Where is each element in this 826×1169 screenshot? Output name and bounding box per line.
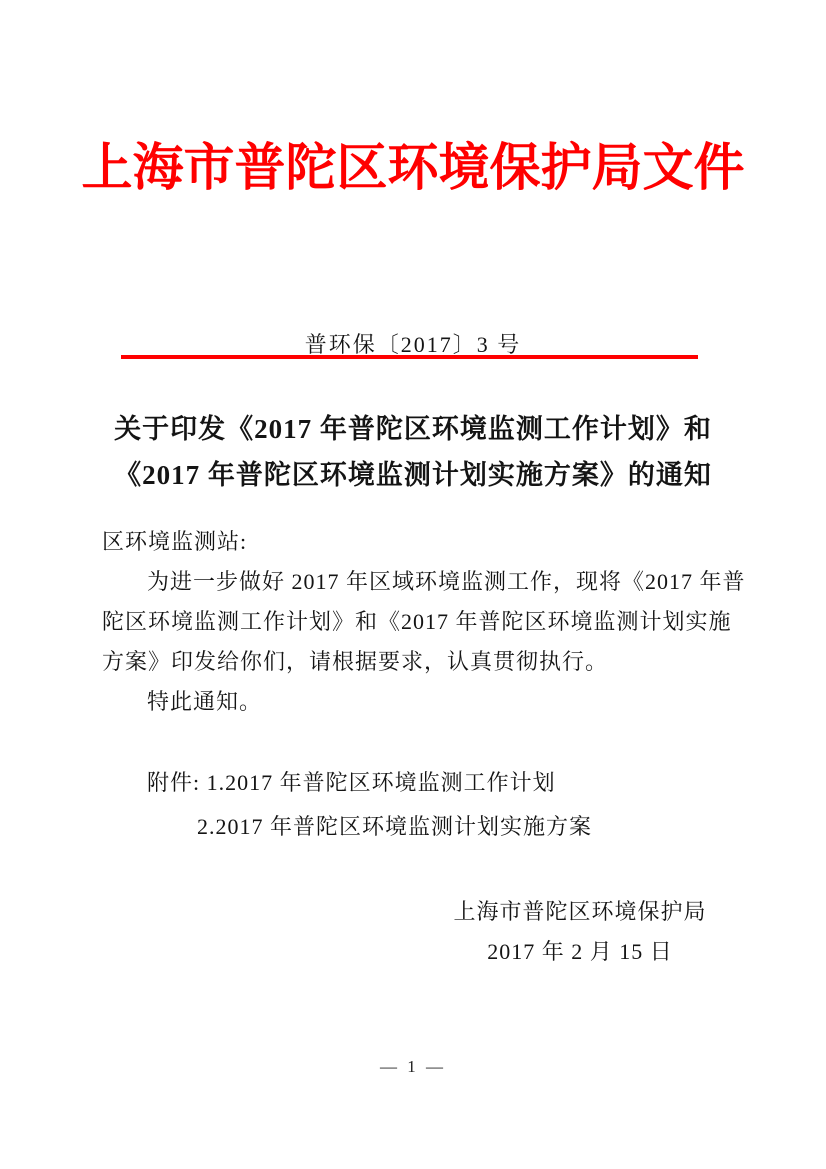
attachment-item-2: 2.2017 年普陀区环境监测计划实施方案 <box>102 805 592 849</box>
attachments-list: 附件: 1.2017 年普陀区环境监测工作计划 2.2017 年普陀区环境监测计… <box>102 761 592 849</box>
notice-title-line-2: 《2017 年普陀区环境监测计划实施方案》的通知 <box>0 452 826 498</box>
issuing-authority: 上海市普陀区环境保护局 <box>440 892 720 932</box>
official-document-page: 上海市普陀区环境保护局文件 普环保〔2017〕3 号 关于印发《2017 年普陀… <box>0 0 826 1169</box>
attachment-item-1: 附件: 1.2017 年普陀区环境监测工作计划 <box>102 761 592 805</box>
paragraph-line-2: 陀区环境监测工作计划》和《2017 年普陀区环境监测计划实施 <box>102 602 726 642</box>
signature-block: 上海市普陀区环境保护局 2017 年 2 月 15 日 <box>440 892 720 972</box>
paragraph-line-1: 为进一步做好 2017 年区域环境监测工作，现将《2017 年普 <box>102 562 726 602</box>
salutation-line: 区环境监测站: <box>102 522 726 562</box>
issue-date: 2017 年 2 月 15 日 <box>440 932 720 972</box>
document-body: 区环境监测站: 为进一步做好 2017 年区域环境监测工作，现将《2017 年普… <box>102 522 726 722</box>
red-divider-line <box>121 355 698 359</box>
red-letterhead-title: 上海市普陀区环境保护局文件 <box>0 126 826 200</box>
closing-line: 特此通知。 <box>102 682 726 722</box>
notice-title: 关于印发《2017 年普陀区环境监测工作计划》和 《2017 年普陀区环境监测计… <box>0 406 826 498</box>
paragraph-line-3: 方案》印发给你们，请根据要求，认真贯彻执行。 <box>102 642 726 682</box>
notice-title-line-1: 关于印发《2017 年普陀区环境监测工作计划》和 <box>0 406 826 452</box>
page-number: — 1 — <box>0 1057 826 1077</box>
